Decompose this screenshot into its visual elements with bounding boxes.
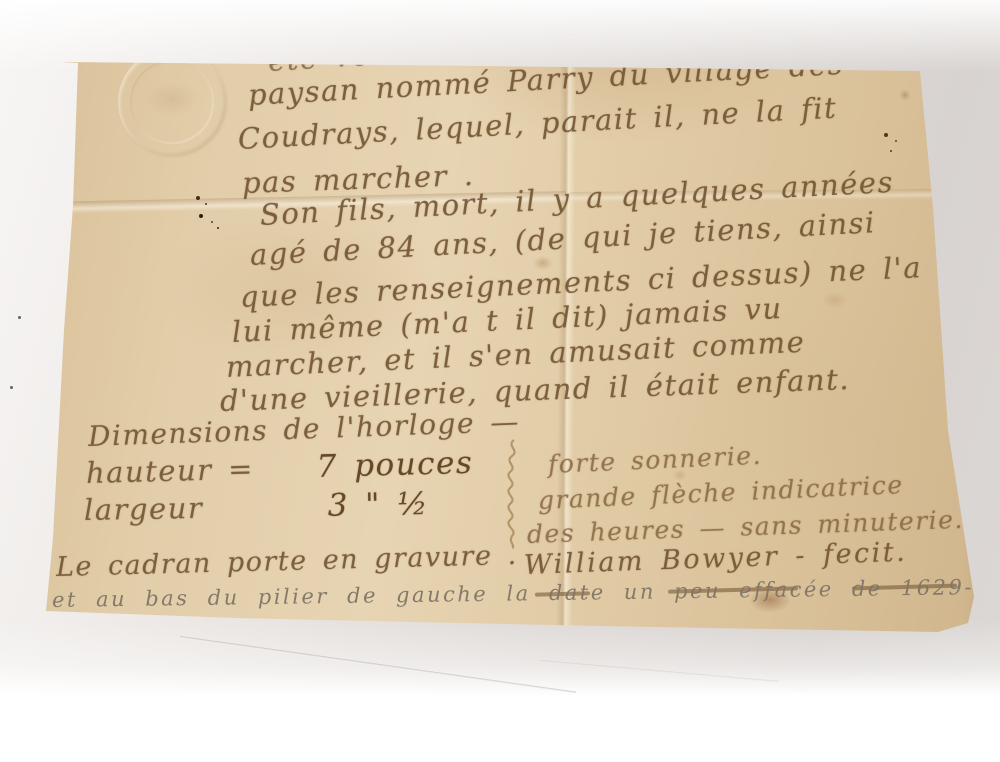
line-cadran: Le cadran porte en gravure .: [56, 540, 518, 583]
row-hauteur: hauteur = 7 pouces: [86, 445, 474, 491]
row-largeur: largeur 3 " ½: [84, 486, 430, 528]
brace-squiggle-mark: [500, 438, 526, 550]
dust-speck: [18, 316, 21, 319]
ink-dots: [884, 133, 888, 137]
ink-specks: [196, 196, 200, 200]
document-photo: été vendue alors à paysan nommé Parry du…: [0, 0, 1000, 762]
dimension-label: hauteur =: [86, 450, 302, 490]
dust-speck: [10, 386, 13, 389]
dimension-label: largeur: [84, 489, 313, 527]
embossed-seal-motif: [144, 82, 200, 116]
dimension-value: 7 pouces: [316, 445, 474, 485]
dimension-value: 3 " ½: [327, 486, 429, 524]
note-sonnerie: forte sonnerie.: [547, 441, 762, 479]
embossed-seal: [118, 48, 226, 156]
